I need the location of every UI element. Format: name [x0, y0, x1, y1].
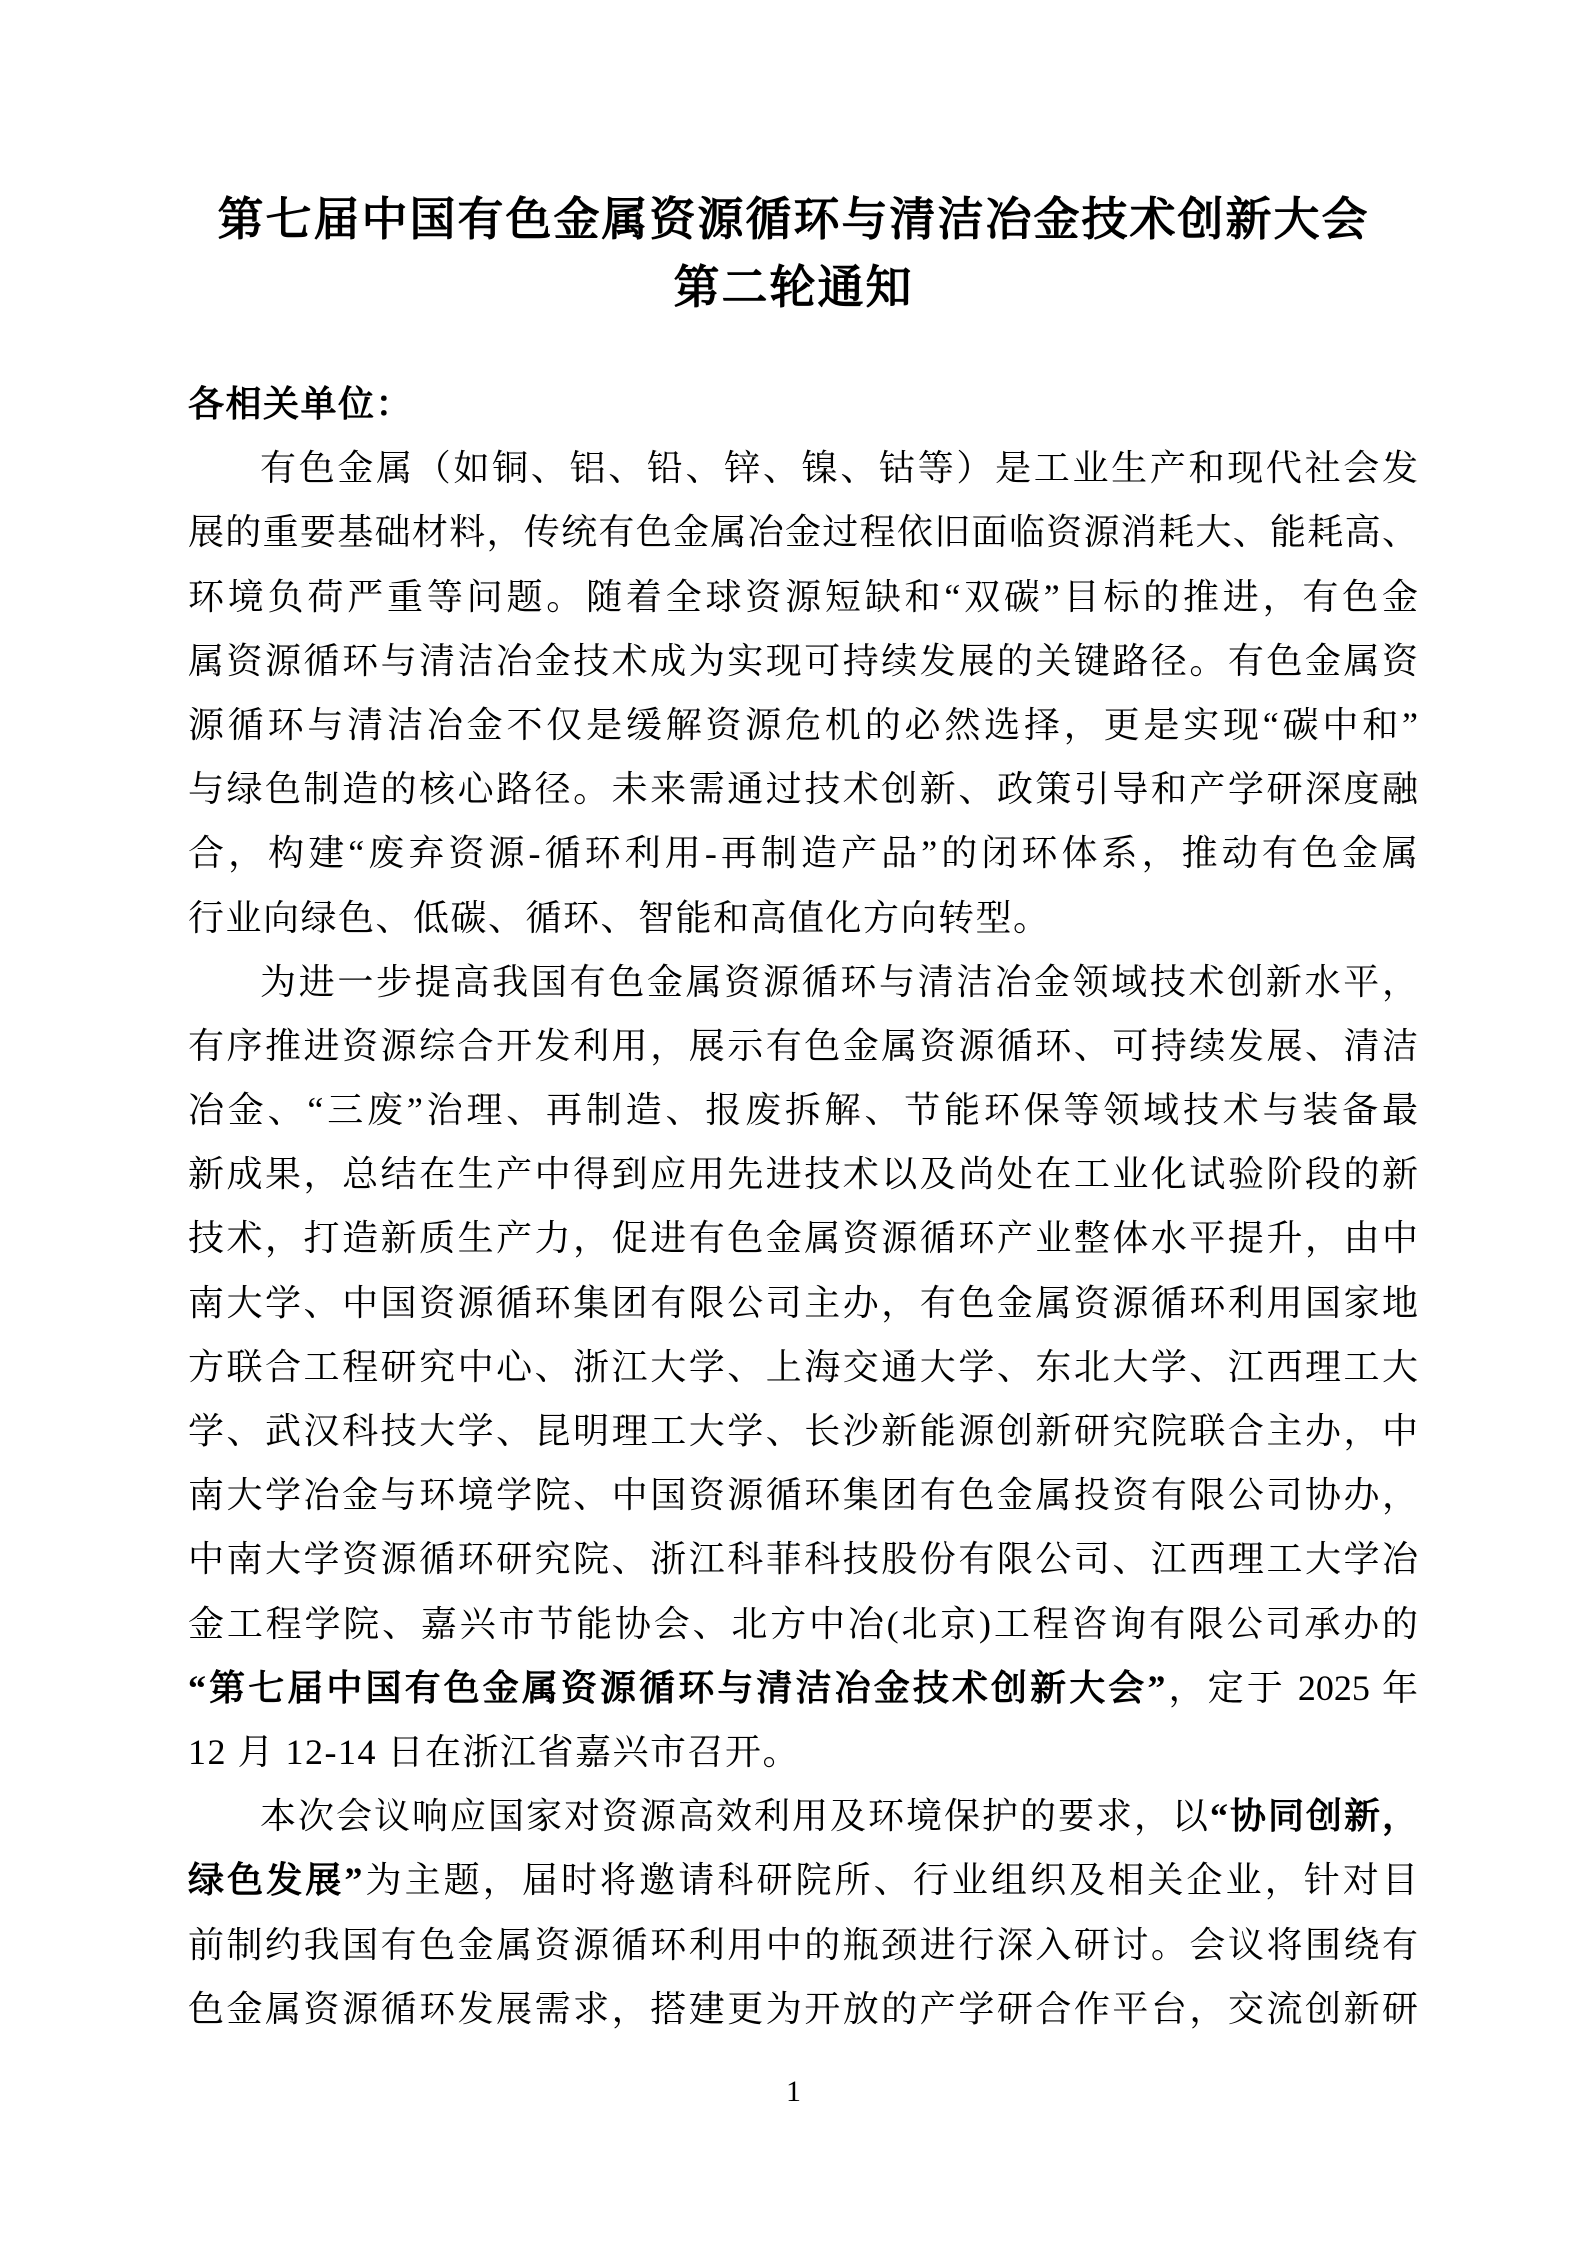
text-run: 环境负荷严重等问题。随着全球资源短缺和“双碳”目标的推进，有色金: [188, 577, 1418, 617]
text-run: 行业向绿色、低碳、循环、智能和高值化方向转型。: [188, 898, 1051, 938]
text-run: 冶金、“三废”治理、再制造、报废拆解、节能环保等领域技术与装备最: [188, 1090, 1418, 1130]
body-line: 前制约我国有色金属资源循环利用中的瓶颈进行深入研讨。会议将围绕有: [188, 1913, 1418, 1977]
body-line: 绿色发展”为主题，届时将邀请科研院所、行业组织及相关企业，针对目: [188, 1848, 1418, 1912]
body-lines: 有色金属（如铜、铝、铅、锌、镍、钴等）是工业生产和现代社会发展的重要基础材料，传…: [188, 436, 1418, 2041]
salutation: 各相关单位：: [188, 372, 1418, 436]
text-run: 源循环与清洁冶金不仅是缓解资源危机的必然选择，更是实现“碳中和”: [188, 705, 1418, 745]
body-line: 学、武汉科技大学、昆明理工大学、长沙新能源创新研究院联合主办，中: [188, 1399, 1418, 1463]
text-run: 为进一步提高我国有色金属资源循环与清洁冶金领域技术创新水平，: [260, 962, 1418, 1002]
bold-text-run: “协同创新，: [1210, 1796, 1418, 1836]
page-number: 1: [0, 2072, 1587, 2112]
body-line: 与绿色制造的核心路径。未来需通过技术创新、政策引导和产学研深度融: [188, 757, 1418, 821]
text-run: 本次会议响应国家对资源高效利用及环境保护的要求，以: [260, 1796, 1210, 1836]
body-line: 新成果，总结在生产中得到应用先进技术以及尚处在工业化试验阶段的新: [188, 1142, 1418, 1206]
text-run: 技术，打造新质生产力，促进有色金属资源循环产业整体水平提升，由中: [188, 1218, 1418, 1258]
text-run: 前制约我国有色金属资源循环利用中的瓶颈进行深入研讨。会议将围绕有: [188, 1925, 1418, 1965]
body-line: 本次会议响应国家对资源高效利用及环境保护的要求，以“协同创新，: [188, 1784, 1418, 1848]
body-line: 合，构建“废弃资源-循环利用-再制造产品”的闭环体系，推动有色金属: [188, 821, 1418, 885]
text-run: 有序推进资源综合开发利用，展示有色金属资源循环、可持续发展、清洁: [188, 1026, 1418, 1066]
text-run: 为主题，届时将邀请科研院所、行业组织及相关企业，针对目: [362, 1860, 1418, 1900]
body-line: 冶金、“三废”治理、再制造、报废拆解、节能环保等领域技术与装备最: [188, 1078, 1418, 1142]
text-run: 色金属资源循环发展需求，搭建更为开放的产学研合作平台，交流创新研: [188, 1989, 1418, 2029]
text-run: 中南大学资源循环研究院、浙江科菲科技股份有限公司、江西理工大学冶: [188, 1539, 1418, 1579]
body-line: 有色金属（如铜、铝、铅、锌、镍、钴等）是工业生产和现代社会发: [188, 436, 1418, 500]
text-run: 12 月 12-14 日在浙江省嘉兴市召开。: [188, 1732, 800, 1772]
text-run: 合，构建“废弃资源-循环利用-再制造产品”的闭环体系，推动有色金属: [188, 833, 1418, 873]
body-line: 有序推进资源综合开发利用，展示有色金属资源循环、可持续发展、清洁: [188, 1014, 1418, 1078]
body-line: 行业向绿色、低碳、循环、智能和高值化方向转型。: [188, 886, 1418, 950]
body-line: 为进一步提高我国有色金属资源循环与清洁冶金领域技术创新水平，: [188, 950, 1418, 1014]
text-run: 属资源循环与清洁冶金技术成为实现可持续发展的关键路径。有色金属资: [188, 641, 1418, 681]
body-line: 展的重要基础材料，传统有色金属冶金过程依旧面临资源消耗大、能耗高、: [188, 500, 1418, 564]
body-line: “第七届中国有色金属资源循环与清洁冶金技术创新大会”，定于 2025 年: [188, 1656, 1418, 1720]
body-line: 中南大学资源循环研究院、浙江科菲科技股份有限公司、江西理工大学冶: [188, 1527, 1418, 1591]
document-title: 第七届中国有色金属资源循环与清洁冶金技术创新大会 第二轮通知: [0, 186, 1587, 322]
text-run: 有色金属（如铜、铝、铅、锌、镍、钴等）是工业生产和现代社会发: [260, 448, 1418, 488]
text-run: 新成果，总结在生产中得到应用先进技术以及尚处在工业化试验阶段的新: [188, 1154, 1418, 1194]
text-run: 南大学冶金与环境学院、中国资源循环集团有色金属投资有限公司协办，: [188, 1475, 1418, 1515]
document-body: 各相关单位： 有色金属（如铜、铝、铅、锌、镍、钴等）是工业生产和现代社会发展的重…: [188, 372, 1418, 2041]
body-line: 技术，打造新质生产力，促进有色金属资源循环产业整体水平提升，由中: [188, 1206, 1418, 1270]
text-run: 方联合工程研究中心、浙江大学、上海交通大学、东北大学、江西理工大: [188, 1347, 1418, 1387]
text-run: 展的重要基础材料，传统有色金属冶金过程依旧面临资源消耗大、能耗高、: [188, 512, 1418, 552]
text-run: 学、武汉科技大学、昆明理工大学、长沙新能源创新研究院联合主办，中: [188, 1411, 1418, 1451]
body-line: 属资源循环与清洁冶金技术成为实现可持续发展的关键路径。有色金属资: [188, 629, 1418, 693]
document-page: 第七届中国有色金属资源循环与清洁冶金技术创新大会 第二轮通知 各相关单位： 有色…: [0, 0, 1587, 2245]
body-line: 环境负荷严重等问题。随着全球资源短缺和“双碳”目标的推进，有色金: [188, 565, 1418, 629]
body-line: 方联合工程研究中心、浙江大学、上海交通大学、东北大学、江西理工大: [188, 1335, 1418, 1399]
text-run: ，定于 2025 年: [1165, 1668, 1418, 1708]
body-line: 金工程学院、嘉兴市节能协会、北方中冶(北京)工程咨询有限公司承办的: [188, 1592, 1418, 1656]
title-line-1: 第七届中国有色金属资源循环与清洁冶金技术创新大会: [0, 186, 1587, 254]
text-run: 南大学、中国资源循环集团有限公司主办，有色金属资源循环利用国家地: [188, 1283, 1418, 1323]
bold-text-run: 绿色发展”: [188, 1860, 362, 1900]
body-line: 源循环与清洁冶金不仅是缓解资源危机的必然选择，更是实现“碳中和”: [188, 693, 1418, 757]
text-run: 金工程学院、嘉兴市节能协会、北方中冶(北京)工程咨询有限公司承办的: [188, 1604, 1418, 1644]
body-line: 南大学冶金与环境学院、中国资源循环集团有色金属投资有限公司协办，: [188, 1463, 1418, 1527]
body-line: 色金属资源循环发展需求，搭建更为开放的产学研合作平台，交流创新研: [188, 1977, 1418, 2041]
text-run: 与绿色制造的核心路径。未来需通过技术创新、政策引导和产学研深度融: [188, 769, 1418, 809]
body-line: 南大学、中国资源循环集团有限公司主办，有色金属资源循环利用国家地: [188, 1271, 1418, 1335]
title-line-2: 第二轮通知: [0, 254, 1587, 322]
bold-text-run: “第七届中国有色金属资源循环与清洁冶金技术创新大会”: [188, 1668, 1165, 1708]
body-line: 12 月 12-14 日在浙江省嘉兴市召开。: [188, 1720, 1418, 1784]
